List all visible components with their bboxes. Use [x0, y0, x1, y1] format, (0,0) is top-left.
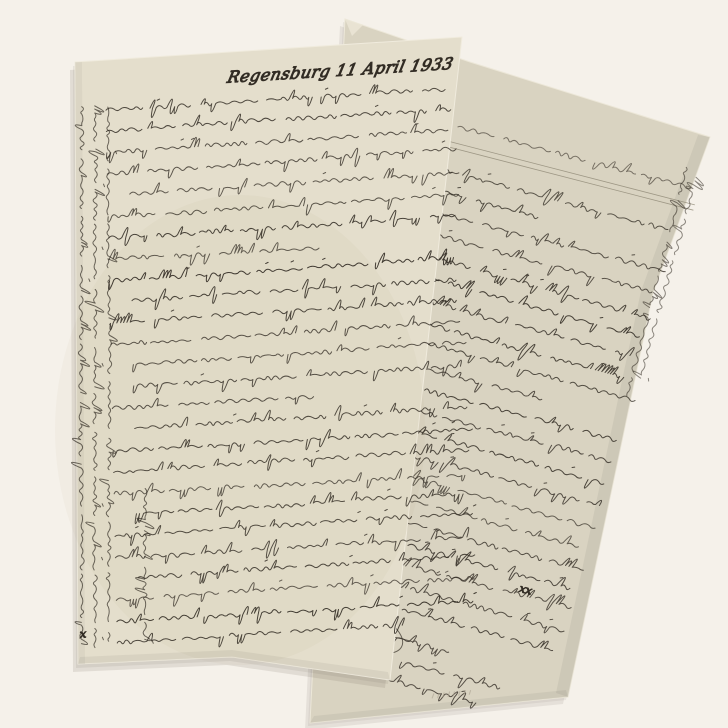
- paper-tone-blotch: [55, 195, 425, 665]
- letter-scan: xx Regensburg 11 April 1933 x: [0, 0, 728, 728]
